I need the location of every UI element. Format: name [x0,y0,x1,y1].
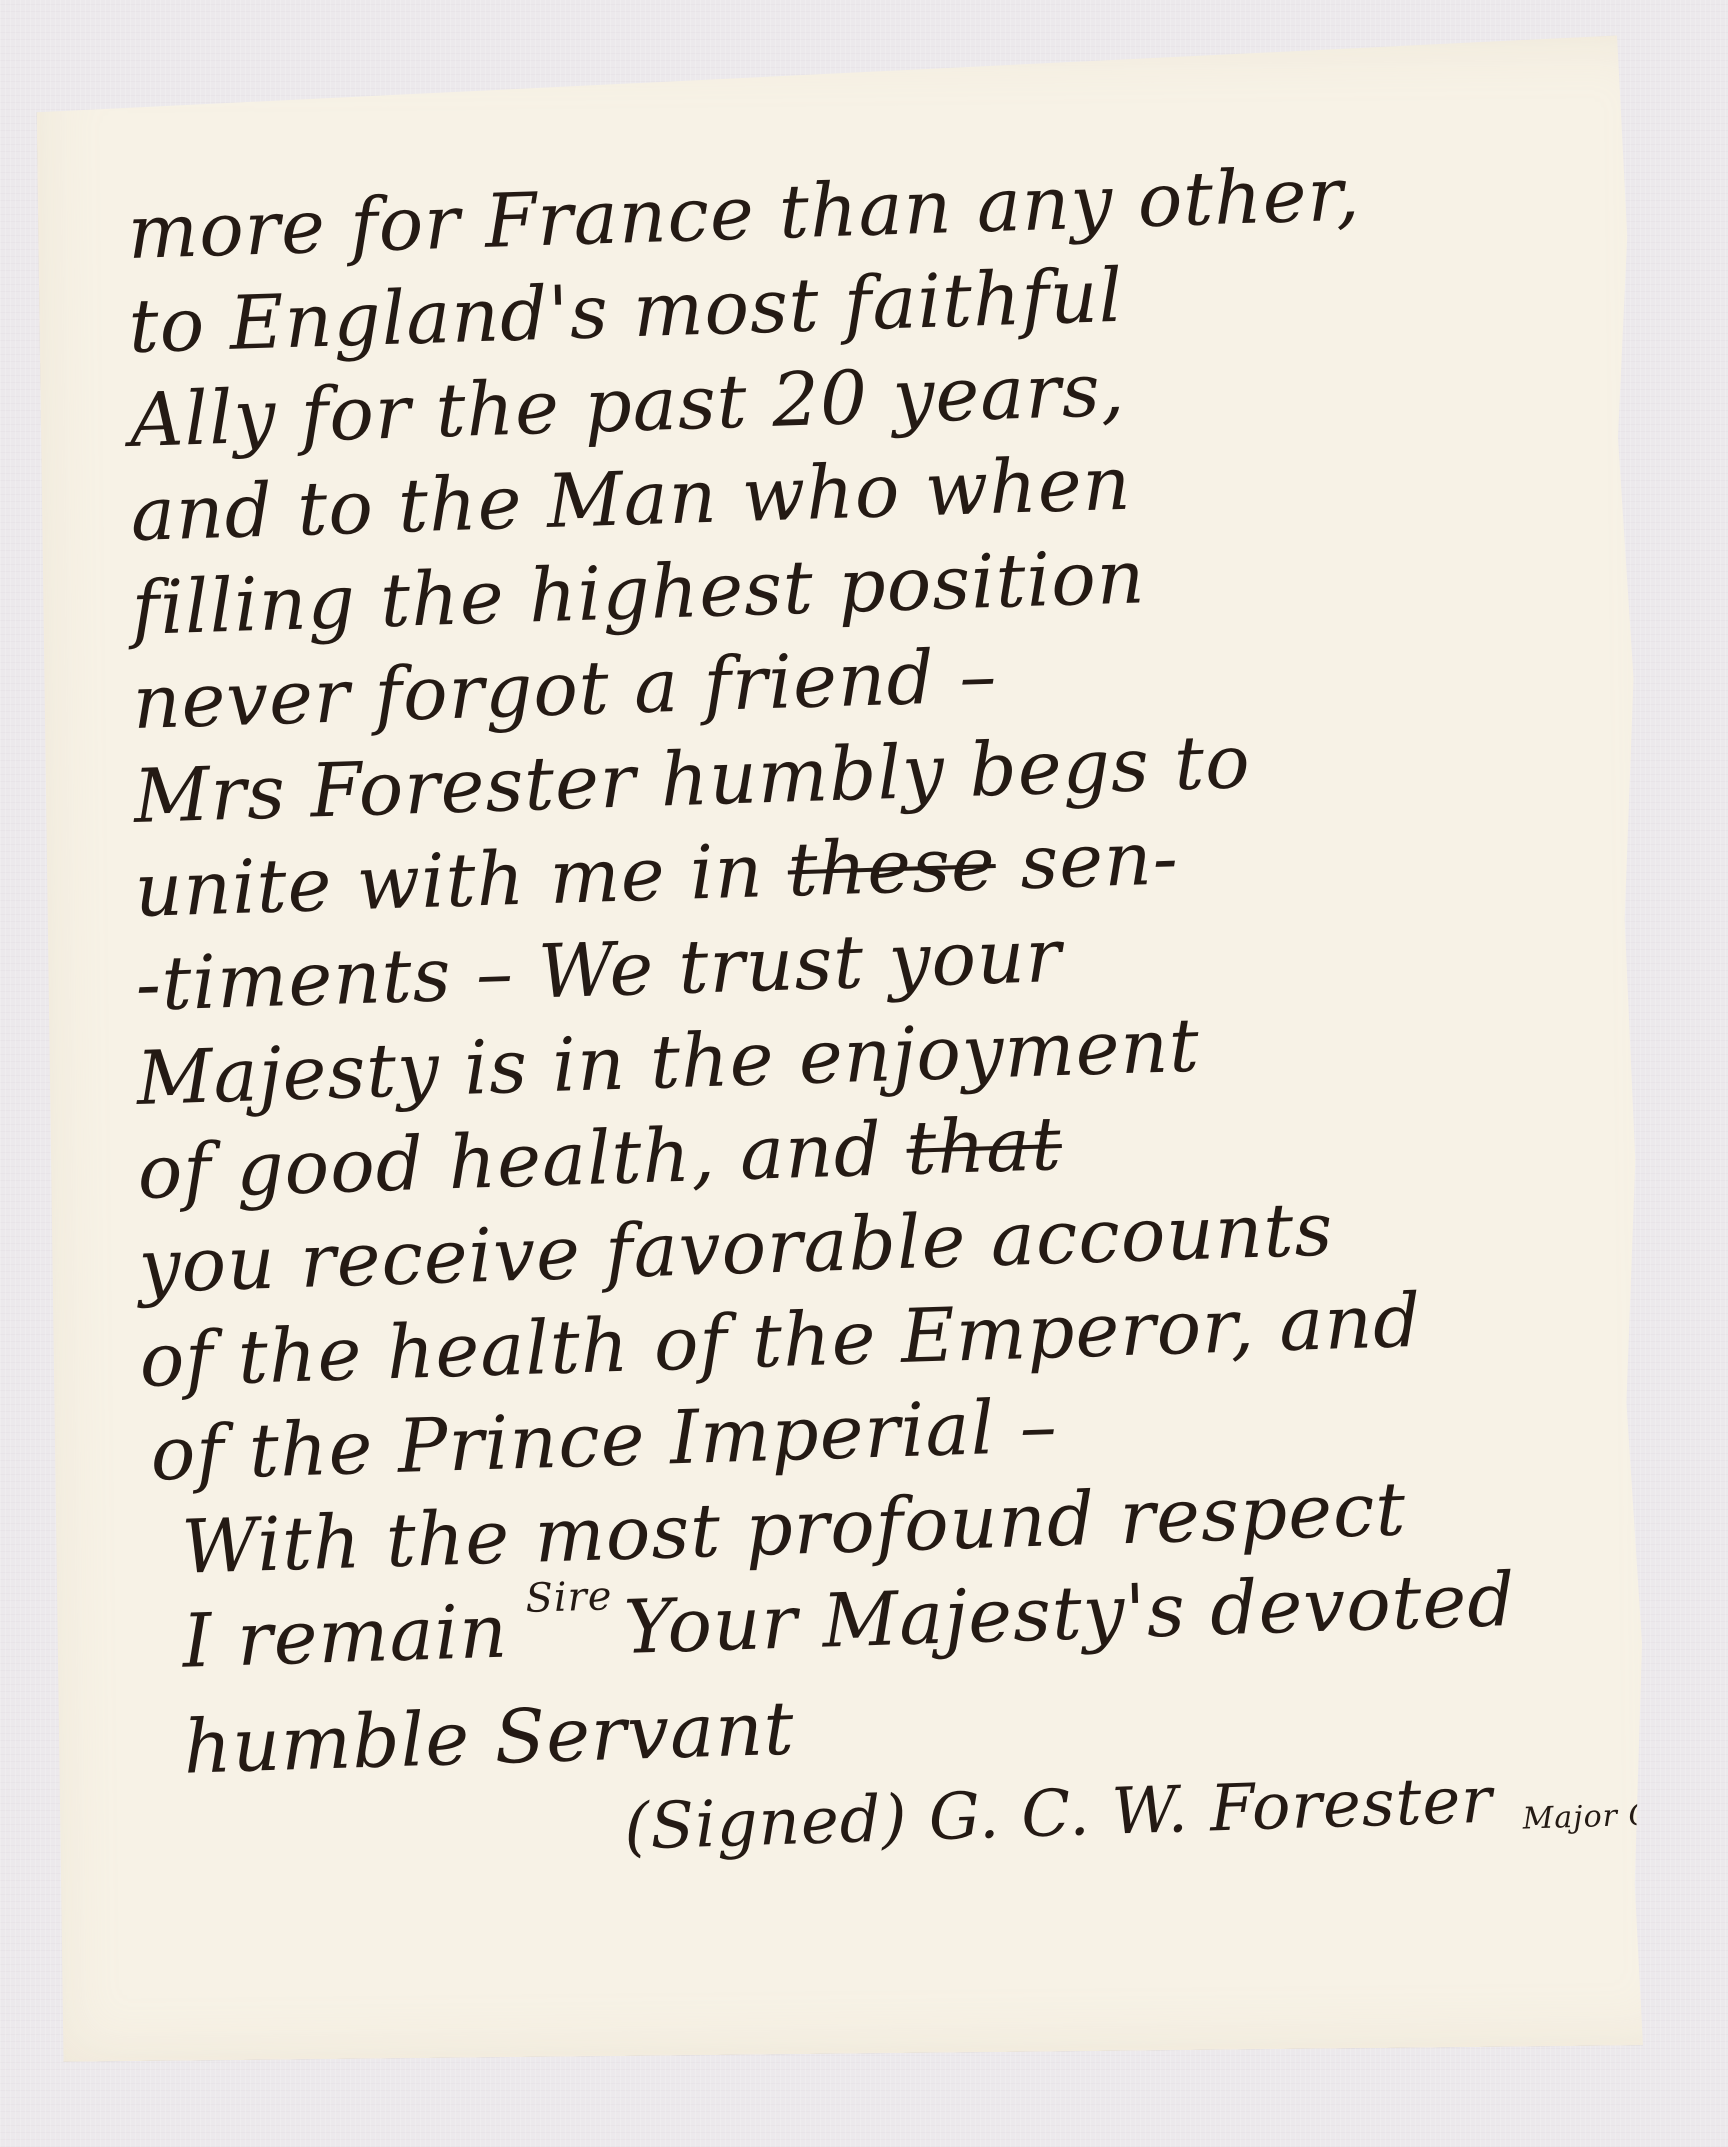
struck-word: that [905,1101,1063,1192]
line-8-tail: sen- [1019,815,1180,906]
signature-prefix: (Signed) G. C. W. [623,1773,1190,1865]
struck-word: these [786,821,997,913]
line-16-text: I remain [181,1589,509,1685]
letter-page: more for France than any other, to Engla… [36,35,1687,2062]
letter-body: more for France than any other, to Engla… [127,170,1665,1902]
signature-title: Major General – [1521,1765,1728,1867]
interlinear-insert: Sire [524,1549,614,1646]
signature-name: Forester [1209,1764,1494,1847]
line-8-text: unite with me in [133,828,764,934]
